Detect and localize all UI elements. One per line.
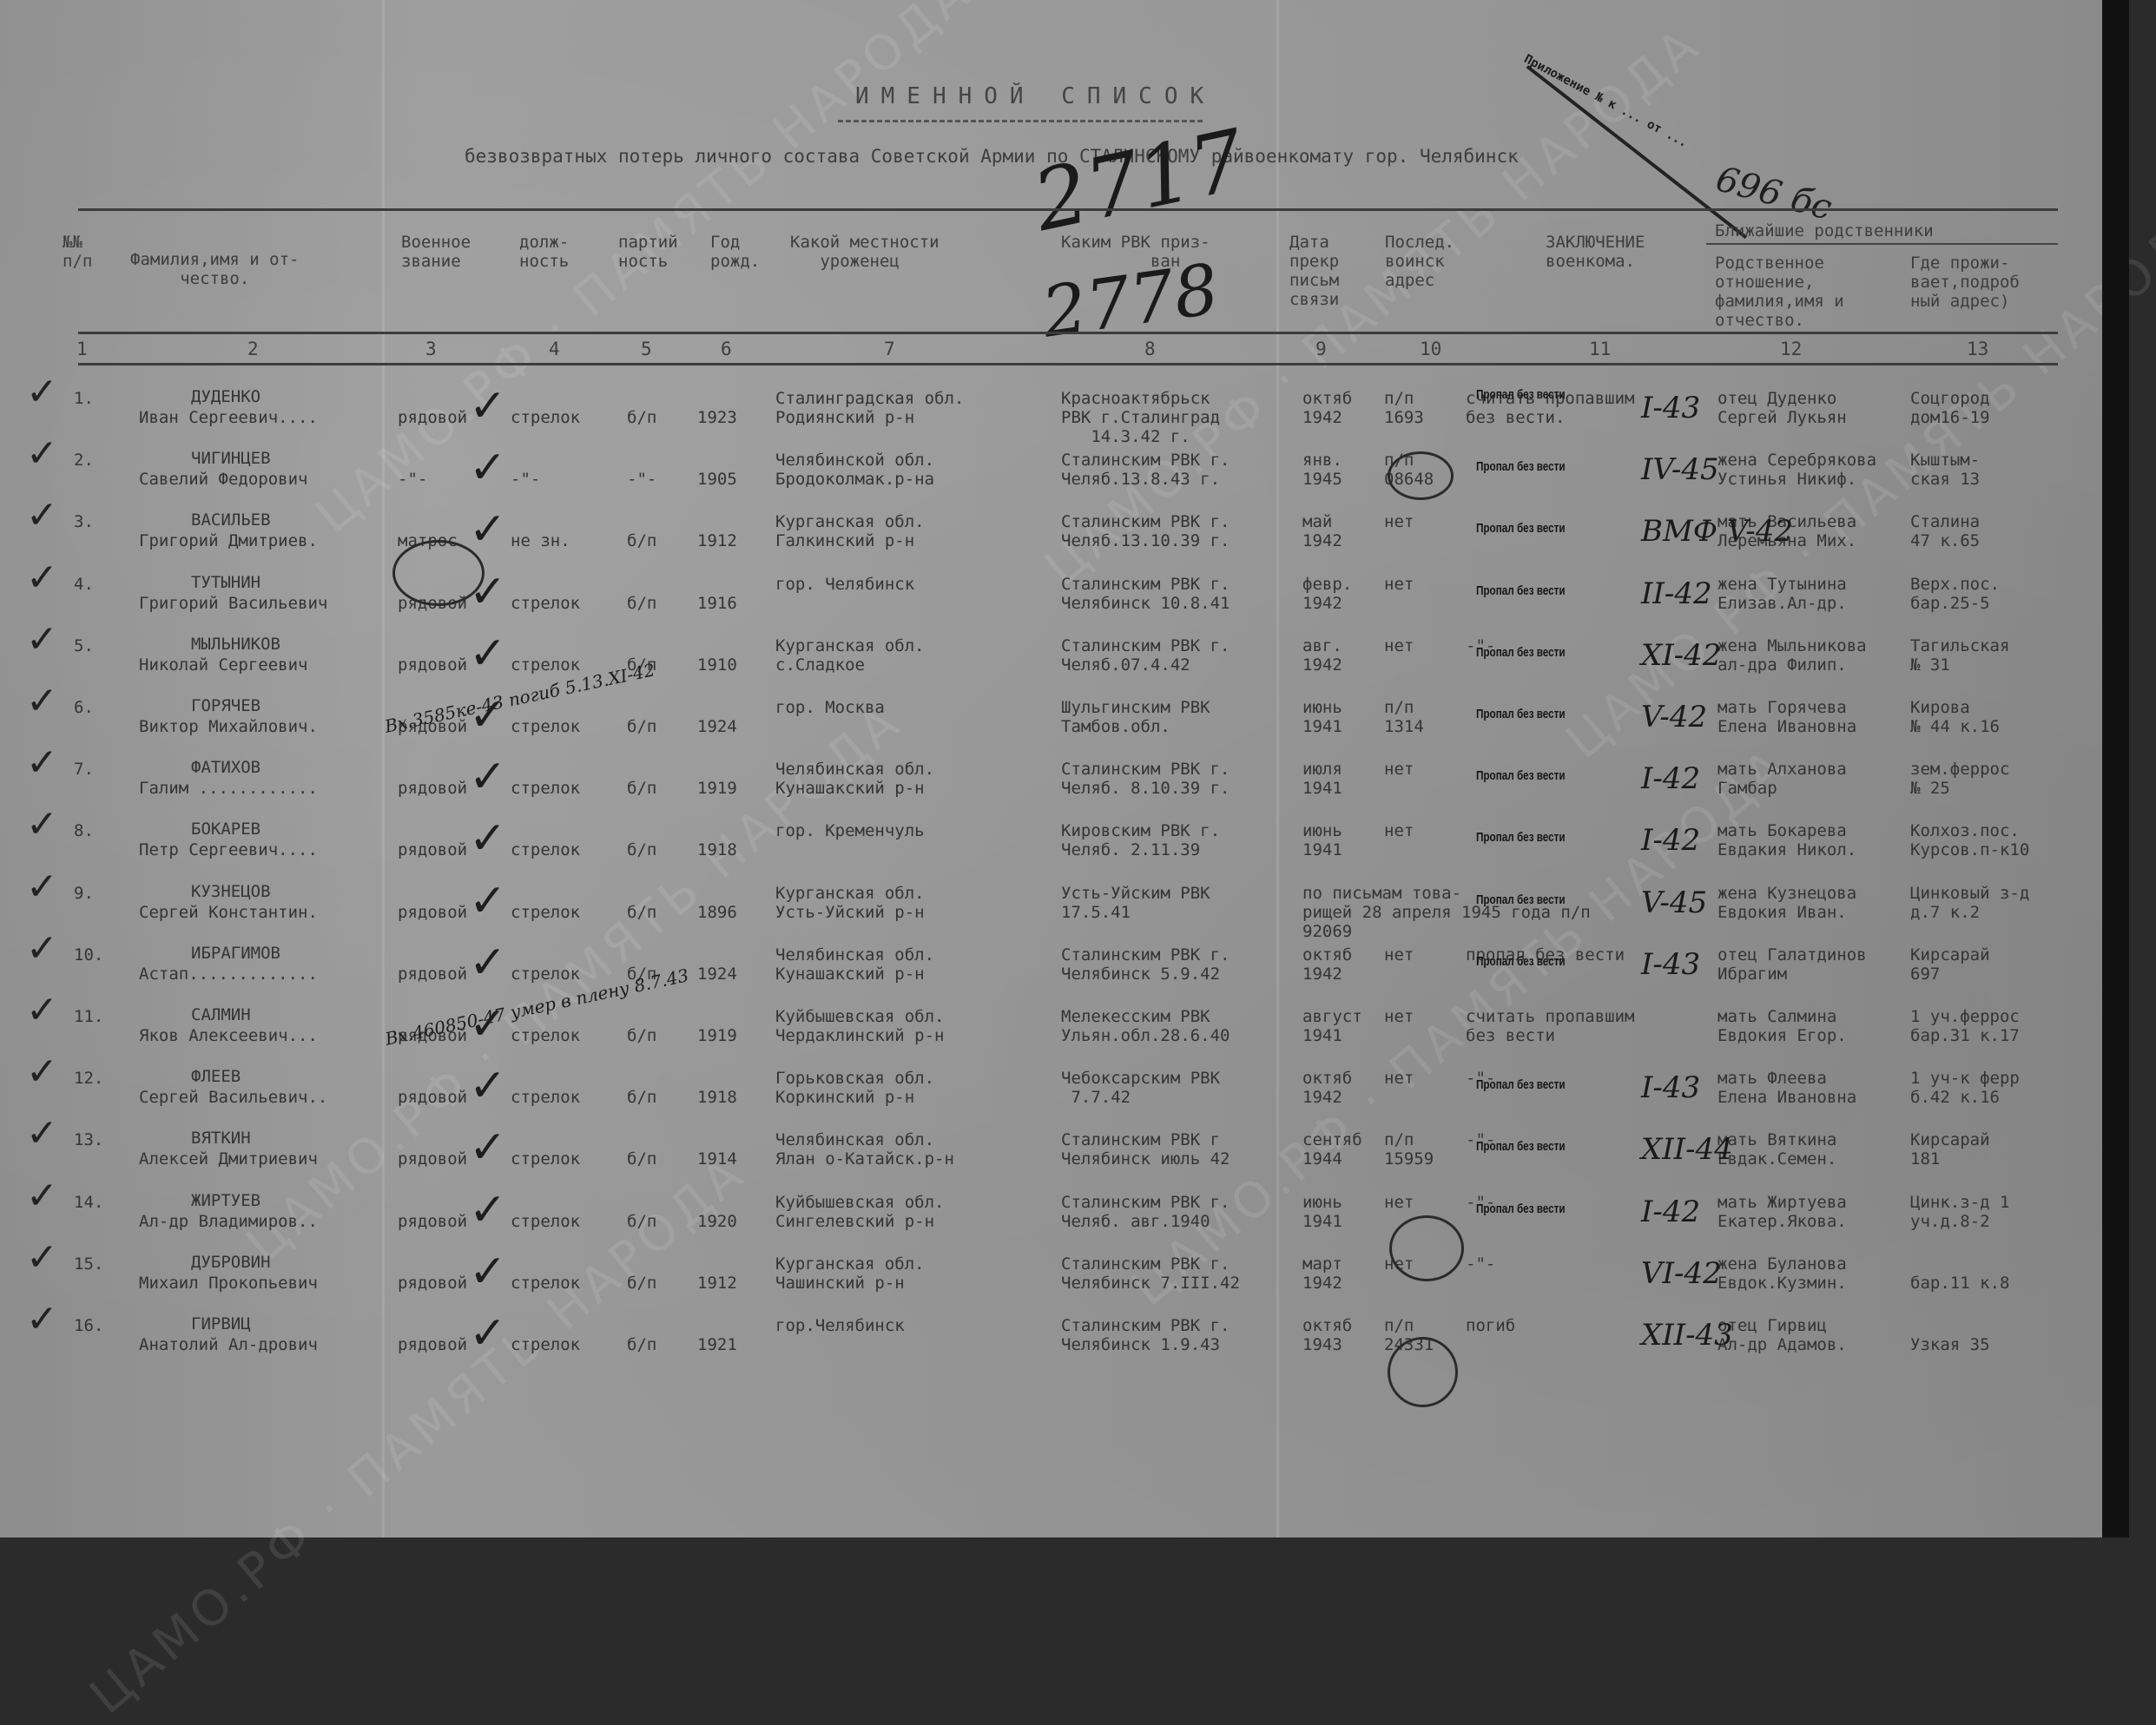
missing-in-action-stamp: Пропал без вести	[1476, 521, 1566, 536]
table-row: 12.ФЛЕЕВСергей Васильевич..рядовойстрело…	[0, 1069, 2129, 1131]
kin-address: бар.11 к.8	[1910, 1254, 2009, 1293]
kin-address: Кирсарай 181	[1910, 1130, 1990, 1169]
column-number: 1	[76, 339, 88, 359]
header-kin-rule	[1706, 243, 2058, 245]
draft-office: Сталинским РВК г. Челяб.13.10.39 г.	[1061, 512, 1230, 550]
position: стрелок	[511, 903, 580, 922]
handwritten-date: ВМФ V-42	[1641, 514, 1793, 549]
header-col-2: Фамилия,имя и от- чество.	[130, 250, 299, 288]
military-rank: -"-	[398, 470, 427, 489]
birth-year: 1923	[697, 408, 737, 427]
birth-year: 1920	[697, 1212, 737, 1231]
table-row: 15.ДУБРОВИНМихаил Прокопьевичрядовойстре…	[0, 1254, 2129, 1317]
last-contact-date: июнь 1941	[1302, 1193, 1342, 1231]
margin-check-mark-icon: ✓	[26, 1115, 58, 1153]
position: стрелок	[511, 717, 580, 736]
document-sheet: ЦАМО.РФ · ПАМЯТЬ НАРОДА ЦАМО.РФ · ПАМЯТЬ…	[0, 0, 2129, 1537]
handwritten-date: II-42	[1641, 576, 1712, 611]
surname: САЛМИН	[191, 1005, 251, 1024]
position: стрелок	[511, 1335, 580, 1354]
draft-office: Красноактябрьск РВК г.Сталинград 14.3.42…	[1061, 389, 1220, 446]
check-mark-icon: ✓	[469, 940, 507, 985]
last-military-address: нет	[1384, 1007, 1414, 1026]
table-row: 14.ЖИРТУЕВАл-др Владимиров..рядовойстрел…	[0, 1193, 2129, 1255]
surname: ФАТИХОВ	[191, 758, 260, 777]
missing-in-action-stamp: Пропал без вести	[1476, 892, 1566, 907]
handwritten-date: XII-43	[1641, 1318, 1733, 1353]
position: стрелок	[511, 1149, 580, 1169]
table-row: 7.ФАТИХОВГалим ............рядовойстрело…	[0, 760, 2129, 822]
table-row: 9.КУЗНЕЦОВСергей Константин.рядовойстрел…	[0, 884, 2129, 946]
margin-check-mark-icon: ✓	[26, 744, 58, 782]
last-contact-date: февр. 1942	[1302, 575, 1352, 613]
last-contact-date: авг. 1942	[1302, 636, 1342, 675]
header-bottom-rule	[78, 363, 2058, 365]
scan-edge	[2102, 0, 2129, 1537]
position: -"-	[511, 470, 540, 489]
position: стрелок	[511, 840, 580, 859]
birthplace: Челябинской обл. Бродоколмак.р-на	[775, 451, 934, 489]
given-name: Петр Сергеевич....	[139, 840, 318, 859]
draft-office: Сталинским РВК г Челябинск июль 42	[1061, 1130, 1230, 1169]
birth-year: 1912	[697, 1274, 737, 1293]
handwritten-date: IV-45	[1641, 452, 1719, 487]
handwritten-date: I-43	[1641, 947, 1700, 982]
last-military-address: нет	[1384, 821, 1414, 840]
position: стрелок	[511, 594, 580, 613]
party-membership: б/п	[627, 1212, 656, 1231]
draft-office: Сталинским РВК г. Челябинск 7.III.42	[1061, 1254, 1240, 1293]
check-mark-icon: ✓	[469, 879, 507, 924]
check-mark-icon: ✓	[469, 631, 507, 676]
header-col-3: Военное звание	[401, 233, 471, 271]
draft-office: Сталинским РВК г. Челяб. авг.1940	[1061, 1193, 1230, 1231]
last-military-address: нет	[1384, 945, 1414, 965]
header-col-1: №№ п/п	[63, 233, 92, 271]
margin-check-mark-icon: ✓	[26, 1177, 58, 1215]
header-col-5: партий ность	[618, 233, 678, 271]
surname: ГИРВИЦ	[191, 1314, 251, 1333]
next-of-kin: жена Буланова Евдок.Кузмин.	[1718, 1254, 1847, 1293]
table-row: 2.ЧИГИНЦЕВСавелий Федорович-"--"--"-1905…	[0, 451, 2129, 513]
draft-office: Шульгинским РВК Тамбов.обл.	[1061, 698, 1210, 736]
header-col-8: Каким РВК приз- ван	[1061, 233, 1210, 271]
handwritten-date: XII-44	[1641, 1132, 1733, 1167]
given-name: Иван Сергеевич....	[139, 408, 318, 427]
table-row: 3.ВАСИЛЬЕВГригорий Дмитриев.матросне зн.…	[0, 512, 2129, 575]
kin-address: Цинковый з-д д.7 к.2	[1910, 884, 2029, 922]
table-row: 8.БОКАРЕВПетр Сергеевич....рядовойстрело…	[0, 821, 2129, 884]
last-military-address: нет	[1384, 760, 1414, 779]
birthplace: Сталинградская обл. Родиянский р-н	[775, 389, 964, 427]
given-name: Анатолий Ал-дрович	[139, 1335, 318, 1354]
header-col-4: долж- ность	[519, 233, 569, 271]
draft-office: Сталинским РВК г. Челяб.13.8.43 г.	[1061, 451, 1230, 489]
row-number: 5.	[74, 636, 94, 655]
birthplace: гор. Москва	[775, 698, 885, 717]
margin-check-mark-icon: ✓	[26, 1053, 58, 1091]
birthplace: Челябинская обл. Ялан о-Катайск.р-н	[775, 1130, 954, 1169]
next-of-kin: отец Галатдинов Ибрагим	[1718, 945, 1867, 984]
row-number: 10.	[74, 945, 103, 965]
next-of-kin: отец Дуденко Сергей Лукьян	[1718, 389, 1847, 427]
birth-year: 1912	[697, 531, 737, 550]
next-of-kin: жена Серебрякова Устинья Никиф.	[1718, 451, 1876, 489]
missing-in-action-stamp: Пропал без вести	[1476, 459, 1566, 474]
given-name: Сергей Васильевич..	[139, 1088, 327, 1107]
birthplace: Челябинская обл. Кунашакский р-н	[775, 760, 934, 798]
check-mark-icon: ✓	[469, 1002, 507, 1047]
birth-year: 1921	[697, 1335, 737, 1354]
surname: ТУТЫНИН	[191, 573, 260, 592]
next-of-kin: жена Мыльникова ал-дра Филип.	[1718, 636, 1867, 675]
party-membership: -"-	[627, 470, 656, 489]
birthplace: гор. Челябинск	[775, 575, 914, 594]
given-name: Галим ............	[139, 779, 318, 798]
military-rank: рядовой	[398, 965, 467, 984]
party-membership: б/п	[627, 903, 656, 922]
last-contact-date: октяб 1942	[1302, 389, 1352, 427]
row-number: 4.	[74, 575, 94, 594]
column-number: 3	[425, 339, 437, 359]
next-of-kin: мать Алханова Гамбар	[1718, 760, 1847, 798]
row-number: 8.	[74, 821, 94, 840]
last-contact-date: октяб 1942	[1302, 945, 1352, 984]
handwritten-date: V-42	[1641, 700, 1707, 734]
last-military-address: нет	[1384, 636, 1414, 655]
handwritten-circle	[392, 540, 485, 606]
party-membership: б/п	[627, 1335, 656, 1354]
birthplace: Куйбышевская обл. Чердаклинский р-н	[775, 1007, 944, 1045]
last-military-address: нет	[1384, 1069, 1414, 1088]
party-membership: б/п	[627, 1149, 656, 1169]
row-number: 13.	[74, 1130, 103, 1149]
given-name: Ал-др Владимиров..	[139, 1212, 318, 1231]
last-military-address: нет	[1384, 512, 1414, 531]
margin-check-mark-icon: ✓	[26, 497, 58, 535]
margin-check-mark-icon: ✓	[26, 806, 58, 844]
missing-in-action-stamp: Пропал без вести	[1476, 645, 1566, 660]
table-row: 5.МЫЛЬНИКОВНиколай Сергеевичрядовойстрел…	[0, 636, 2129, 699]
next-of-kin: жена Кузнецова Евдокия Иван.	[1718, 884, 1856, 922]
draft-office: Сталинским РВК г. Челяб. 8.10.39 г.	[1061, 760, 1230, 798]
draft-office: Сталинским РВК г. Челябинск 5.9.42	[1061, 945, 1230, 984]
last-contact-date: май 1942	[1302, 512, 1342, 550]
table-row: 13.ВЯТКИНАлексей Дмитриевичрядовойстрело…	[0, 1130, 2129, 1193]
military-rank: рядовой	[398, 1149, 467, 1169]
birth-year: 1914	[697, 1149, 737, 1169]
kin-address: Кирова № 44 к.16	[1910, 698, 2000, 736]
missing-in-action-stamp: Пропал без вести	[1476, 583, 1566, 598]
missing-in-action-stamp: Пропал без вести	[1476, 768, 1566, 783]
row-number: 15.	[74, 1254, 103, 1274]
handwritten-date: V-45	[1641, 886, 1707, 920]
given-name: Виктор Михайлович.	[139, 717, 318, 736]
last-military-address: п/п 1693	[1384, 389, 1424, 427]
check-mark-icon: ✓	[469, 445, 507, 491]
missing-in-action-stamp: Пропал без вести	[1476, 954, 1566, 969]
party-membership: б/п	[627, 1088, 656, 1107]
birth-year: 1924	[697, 717, 737, 736]
surname: ИБРАГИМОВ	[191, 944, 280, 963]
check-mark-icon: ✓	[469, 816, 507, 861]
missing-in-action-stamp: Пропал без вести	[1476, 1139, 1566, 1154]
row-number: 3.	[74, 512, 94, 531]
birthplace: Куйбышевская обл. Сингелевский р-н	[775, 1193, 944, 1231]
margin-check-mark-icon: ✓	[26, 991, 58, 1030]
position: стрелок	[511, 408, 580, 427]
row-number: 2.	[74, 451, 94, 470]
given-name: Николай Сергеевич	[139, 655, 307, 675]
margin-check-mark-icon: ✓	[26, 559, 58, 597]
birth-year: 1918	[697, 1088, 737, 1107]
kin-address: Кирсарай 697	[1910, 945, 1990, 984]
check-mark-icon: ✓	[469, 754, 507, 800]
margin-check-mark-icon: ✓	[26, 1300, 58, 1339]
column-number: 5	[641, 339, 652, 359]
check-mark-icon: ✓	[469, 1063, 507, 1109]
position: стрелок	[511, 1274, 580, 1293]
table-row: 6.ГОРЯЧЕВВиктор Михайлович.рядовойстрело…	[0, 698, 2129, 760]
position: стрелок	[511, 655, 580, 675]
column-number: 9	[1315, 339, 1327, 359]
kin-address: Кыштым- ская 13	[1910, 451, 1980, 489]
next-of-kin: жена Тутынина Елизав.Ал-др.	[1718, 575, 1847, 613]
header-col-9: Дата прекр письм связи	[1289, 233, 1339, 309]
surname: ФЛЕЕВ	[191, 1067, 241, 1086]
title-underline	[838, 120, 1203, 122]
handwritten-sheet-number: 696 бс	[1711, 159, 1836, 228]
row-number: 16.	[74, 1316, 103, 1335]
commissar-conclusion: -"-	[1466, 1254, 1495, 1274]
next-of-kin: мать Флеева Елена Ивановна	[1718, 1069, 1856, 1107]
position: стрелок	[511, 965, 580, 984]
table-row: 4.ТУТЫНИНГригорий Васильевичрядовойстрел…	[0, 575, 2129, 637]
kin-address: Колхоз.пос. Курсов.п-к10	[1910, 821, 2029, 859]
row-number: 11.	[74, 1007, 103, 1026]
handwritten-register-number: 2717	[1027, 118, 1252, 244]
column-number: 8	[1144, 339, 1156, 359]
next-of-kin: мать Вяткина Евдак.Семен.	[1718, 1130, 1836, 1169]
commissar-conclusion: считать пропавшим без вести	[1466, 1007, 1634, 1045]
row-number: 6.	[74, 698, 94, 717]
header-col-10: Послед. воинск адрес	[1385, 233, 1454, 290]
last-contact-date: октяб 1942	[1302, 1069, 1352, 1107]
table-row: 10.ИБРАГИМОВАстап.............рядовойстр…	[0, 945, 2129, 1008]
column-number: 11	[1589, 339, 1611, 359]
given-name: Григорий Васильевич	[139, 594, 327, 613]
column-number: 10	[1420, 339, 1441, 359]
draft-office: Чебоксарским РВК 7.7.42	[1061, 1069, 1220, 1107]
header-mid-rule	[78, 332, 2058, 334]
margin-check-mark-icon: ✓	[26, 868, 58, 906]
draft-office: Мелекесским РВК Ульян.обл.28.6.40	[1061, 1007, 1230, 1045]
military-rank: рядовой	[398, 1335, 467, 1354]
document-title: ИМЕННОЙ СПИСОК	[855, 83, 1216, 109]
position: стрелок	[511, 1088, 580, 1107]
handwritten-date: XI-42	[1641, 638, 1721, 673]
check-mark-icon: ✓	[469, 1249, 507, 1294]
next-of-kin: мать Горячева Елена Ивановна	[1718, 698, 1856, 736]
birthplace: Челябинская обл. Кунашакский р-н	[775, 945, 934, 984]
margin-check-mark-icon: ✓	[26, 930, 58, 968]
table-row: 16.ГИРВИЦАнатолий Ал-дровичрядовойстрело…	[0, 1316, 2129, 1379]
check-mark-icon: ✓	[469, 1125, 507, 1170]
handwritten-date: I-43	[1641, 391, 1700, 425]
last-contact-date: октяб 1943	[1302, 1316, 1352, 1354]
draft-office: Сталинским РВК г. Челябинск 10.8.41	[1061, 575, 1230, 613]
header-col-13: Где прожи- вает,подроб ный адрес)	[1910, 253, 2020, 311]
handwritten-date: I-42	[1641, 823, 1700, 858]
birthplace: Курганская обл. Чашинский р-н	[775, 1254, 925, 1293]
birth-year: 1896	[697, 903, 737, 922]
kin-address: 1 уч.феррос бар.31 к.17	[1910, 1007, 2020, 1045]
draft-office: Сталинским РВК г. Челяб.07.4.42	[1061, 636, 1230, 675]
birth-year: 1916	[697, 594, 737, 613]
handwritten-circle	[1388, 451, 1454, 500]
military-rank: рядовой	[398, 408, 467, 427]
header-kin-group: Ближайшие родственники	[1715, 221, 1934, 240]
surname: ВЯТКИН	[191, 1129, 251, 1148]
birth-year: 1919	[697, 779, 737, 798]
margin-check-mark-icon: ✓	[26, 435, 58, 473]
birth-year: 1905	[697, 470, 737, 489]
birth-year: 1910	[697, 655, 737, 675]
kin-address: Цинк.з-д 1 уч.д.8-2	[1910, 1193, 2009, 1231]
header-col-11: ЗАКЛЮЧЕНИЕ военкома.	[1546, 233, 1645, 271]
column-number: 4	[549, 339, 560, 359]
next-of-kin: мать Жиртуева Екатер.Якова.	[1718, 1193, 1847, 1231]
given-name: Алексей Дмитриевич	[139, 1149, 318, 1169]
header-top-rule	[78, 208, 2058, 211]
military-rank: рядовой	[398, 1212, 467, 1231]
row-number: 1.	[74, 389, 94, 408]
commissar-conclusion: погиб	[1466, 1316, 1515, 1335]
given-name: Михаил Прокопьевич	[139, 1274, 318, 1293]
draft-office: Кировским РВК г. Челяб. 2.11.39	[1061, 821, 1220, 859]
last-military-address: п/п 15959	[1384, 1130, 1434, 1169]
military-rank: рядовой	[398, 1088, 467, 1107]
next-of-kin: мать Салмина Евдокия Егор.	[1718, 1007, 1847, 1045]
row-number: 14.	[74, 1193, 103, 1212]
birth-year: 1918	[697, 840, 737, 859]
last-contact-date: июля 1941	[1302, 760, 1342, 798]
header-col-7: Какой местности уроженец	[790, 233, 940, 271]
party-membership: б/п	[627, 594, 656, 613]
header-col-12: Родственное отношение, фамилия,имя и отч…	[1715, 253, 1844, 330]
missing-in-action-stamp: Пропал без вести	[1476, 707, 1566, 721]
missing-in-action-stamp: Пропал без вести	[1476, 1202, 1566, 1216]
military-rank: рядовой	[398, 779, 467, 798]
last-military-address: п/п 1314	[1384, 698, 1424, 736]
birth-year: 1924	[697, 965, 737, 984]
surname: ДУДЕНКО	[191, 387, 260, 406]
surname: МЫЛЬНИКОВ	[191, 635, 280, 654]
last-contact-date: март 1942	[1302, 1254, 1342, 1293]
column-number: 2	[247, 339, 259, 359]
military-rank: рядовой	[398, 903, 467, 922]
birthplace: Курганская обл. с.Сладкое	[775, 636, 925, 675]
last-contact-date: сентяб 1944	[1302, 1130, 1362, 1169]
kin-address: Тагильская № 31	[1910, 636, 2009, 675]
check-mark-icon: ✓	[469, 507, 507, 552]
surname: ЧИГИНЦЕВ	[191, 449, 271, 468]
position: стрелок	[511, 779, 580, 798]
kin-address: Соцгород дом16-19	[1910, 389, 1990, 427]
margin-check-mark-icon: ✓	[26, 1239, 58, 1277]
next-of-kin: мать Бокарева Евдакия Никол.	[1718, 821, 1856, 859]
kin-address: 1 уч-к ферр б.42 к.16	[1910, 1069, 2020, 1107]
handwritten-date: I-42	[1641, 761, 1700, 796]
party-membership: б/п	[627, 840, 656, 859]
last-contact-date: янв. 1945	[1302, 451, 1342, 489]
handwritten-circle	[1389, 1215, 1464, 1281]
last-contact-date: август 1941	[1302, 1007, 1362, 1045]
kin-address: Верх.пос. бар.25-5	[1910, 575, 2000, 613]
military-rank: рядовой	[398, 1274, 467, 1293]
table-row: 11.САЛМИНЯков Алексеевич...рядовойстрело…	[0, 1007, 2129, 1070]
row-number: 7.	[74, 760, 94, 779]
given-name: Григорий Дмитриев.	[139, 531, 318, 550]
given-name: Астап.............	[139, 965, 318, 984]
surname: ЖИРТУЕВ	[191, 1191, 260, 1210]
next-of-kin: отец Гирвиц Ал-др Адамов.	[1718, 1316, 1847, 1354]
military-rank: рядовой	[398, 655, 467, 675]
given-name: Сергей Константин.	[139, 903, 318, 922]
surname: КУЗНЕЦОВ	[191, 882, 271, 901]
surname: ВАСИЛЬЕВ	[191, 510, 271, 530]
margin-check-mark-icon: ✓	[26, 621, 58, 659]
party-membership: б/п	[627, 717, 656, 736]
birthplace: гор.Челябинск	[775, 1316, 905, 1335]
given-name: Савелий Федорович	[139, 470, 307, 489]
handwritten-circle	[1388, 1337, 1458, 1407]
kin-address: зем.феррос № 25	[1910, 760, 2009, 798]
check-mark-icon: ✓	[469, 1188, 507, 1233]
check-mark-icon: ✓	[469, 693, 507, 738]
last-military-address: нет	[1384, 575, 1414, 594]
column-number: 7	[884, 339, 895, 359]
birthplace: Горьковская обл. Коркинский р-н	[775, 1069, 934, 1107]
column-number: 13	[1967, 339, 1988, 359]
kin-address: Сталина 47 к.65	[1910, 512, 1980, 550]
position: стрелок	[511, 1026, 580, 1045]
party-membership: б/п	[627, 1026, 656, 1045]
table-row: 1.ДУДЕНКОИван Сергеевич....рядовойстрело…	[0, 389, 2129, 451]
draft-office: Сталинским РВК г. Челябинск 1.9.43	[1061, 1316, 1230, 1354]
birthplace: Курганская обл. Галкинский р-н	[775, 512, 925, 550]
missing-in-action-stamp: Пропал без вести	[1476, 1077, 1566, 1092]
last-contact-date: июнь 1941	[1302, 821, 1342, 859]
document-subtitle: безвозвратных потерь личного состава Сов…	[465, 146, 1519, 167]
column-number: 6	[721, 339, 732, 359]
missing-in-action-stamp: Пропал без вести	[1476, 830, 1566, 845]
margin-check-mark-icon: ✓	[26, 373, 58, 411]
missing-in-action-stamp: Пропал без вести	[1476, 387, 1566, 402]
margin-check-mark-icon: ✓	[26, 682, 58, 721]
handwritten-date: I-43	[1641, 1070, 1700, 1105]
handwritten-date: VI-42	[1641, 1256, 1722, 1291]
military-rank: рядовой	[398, 840, 467, 859]
birthplace: гор. Кременчуль	[775, 821, 925, 840]
check-mark-icon: ✓	[469, 1311, 507, 1356]
row-number: 9.	[74, 884, 94, 903]
party-membership: б/п	[627, 779, 656, 798]
party-membership: б/п	[627, 408, 656, 427]
party-membership: б/п	[627, 1274, 656, 1293]
position: не зн.	[511, 531, 570, 550]
surname: БОКАРЕВ	[191, 820, 260, 839]
